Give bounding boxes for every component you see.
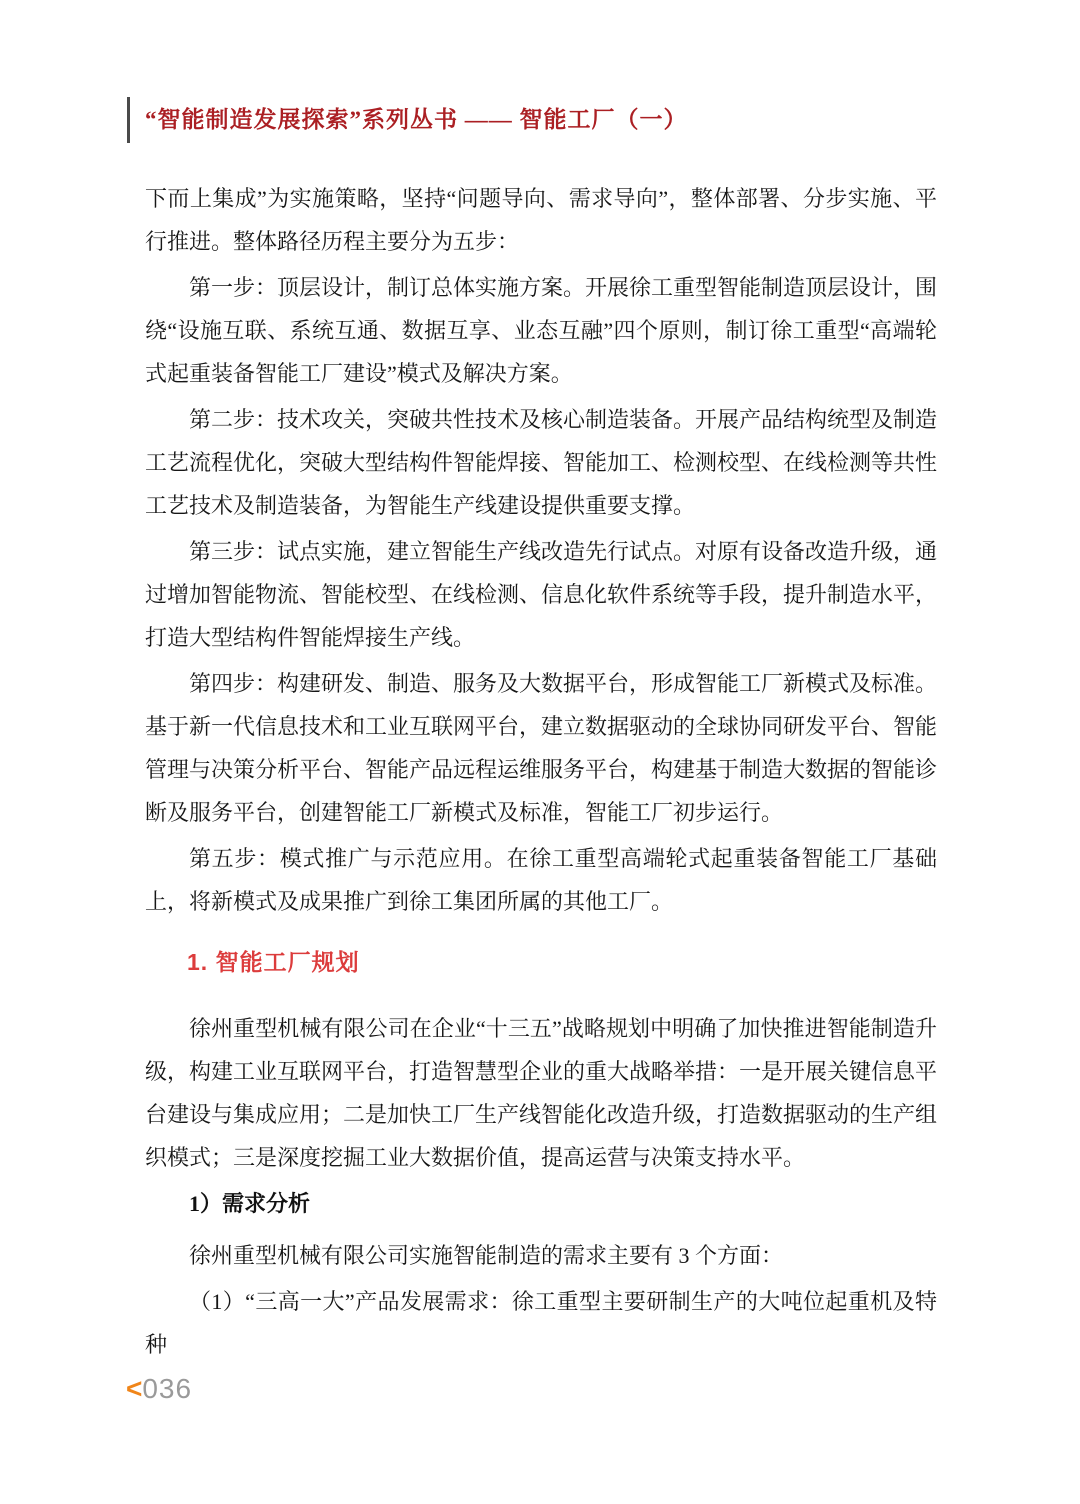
sub-heading: 1）需求分析 [145,1182,937,1225]
page-indicator: <036 [126,1374,192,1404]
page-number: 036 [142,1373,192,1404]
series-title: “智能制造发展探索”系列丛书 —— 智能工厂（一） [145,107,688,132]
paragraph: 第五步：模式推广与示范应用。在徐工重型高端轮式起重装备智能工厂基础上，将新模式及… [145,837,937,923]
paragraph: （1）“三高一大”产品发展需求：徐工重型主要研制生产的大吨位起重机及特种 [145,1280,937,1366]
book-page: “智能制造发展探索”系列丛书 —— 智能工厂（一） 下而上集成”为实施策略，坚持… [0,0,1080,1504]
paragraph: 徐州重型机械有限公司在企业“十三五”战略规划中明确了加快推进智能制造升级，构建工… [145,1007,937,1179]
content: “智能制造发展探索”系列丛书 —— 智能工厂（一） 下而上集成”为实施策略，坚持… [145,97,937,1369]
paragraph: 第三步：试点实施，建立智能生产线改造先行试点。对原有设备改造升级，通过增加智能物… [145,530,937,659]
paragraph: 徐州重型机械有限公司实施智能制造的需求主要有 3 个方面： [145,1234,937,1277]
series-header: “智能制造发展探索”系列丛书 —— 智能工厂（一） [127,97,937,143]
paragraph: 第一步：顶层设计，制订总体实施方案。开展徐工重型智能制造顶层设计，围绕“设施互联… [145,266,937,395]
paragraph: 第二步：技术攻关，突破共性技术及核心制造装备。开展产品结构统型及制造工艺流程优化… [145,398,937,527]
paragraph: 第四步：构建研发、制造、服务及大数据平台，形成智能工厂新模式及标准。基于新一代信… [145,662,937,834]
page-marker-icon: < [126,1373,142,1404]
paragraph: 下而上集成”为实施策略，坚持“问题导向、需求导向”，整体部署、分步实施、平行推进… [145,177,937,263]
section-heading: 1. 智能工厂规划 [145,947,937,977]
